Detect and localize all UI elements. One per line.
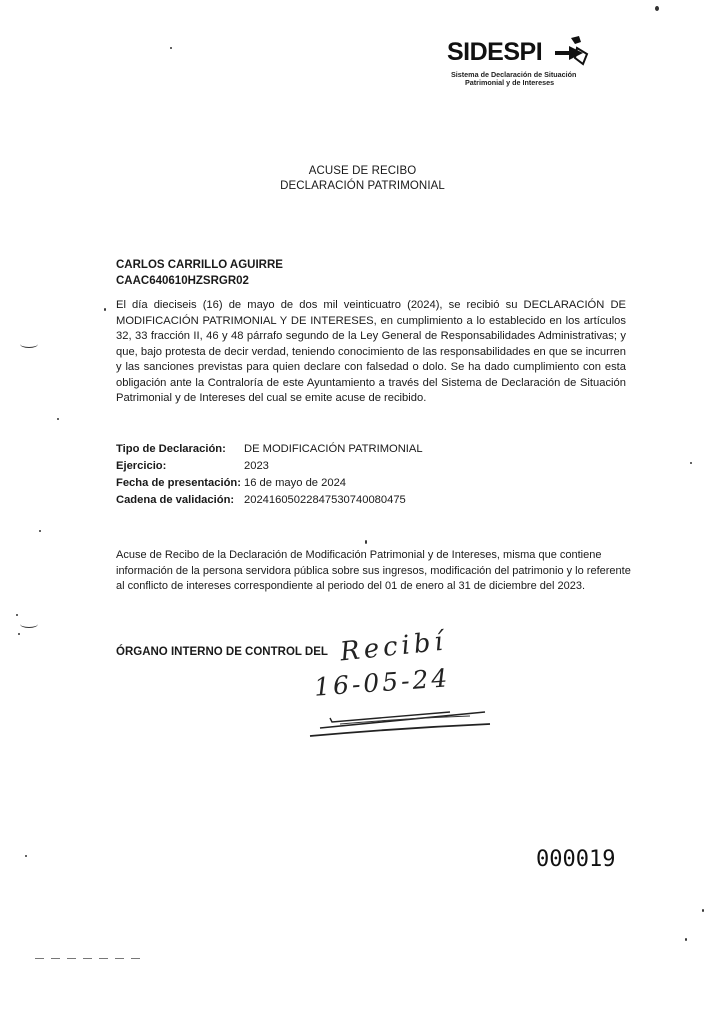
handwritten-received: Recibí (339, 626, 448, 667)
detail-value: 20241605022847530740080475 (244, 492, 406, 509)
detail-label: Tipo de Declaración: (116, 441, 244, 458)
detail-row-type: Tipo de Declaración: DE MODIFICACIÓN PAT… (116, 441, 423, 458)
scan-speck (18, 633, 20, 635)
detail-value: 2023 (244, 458, 269, 475)
detail-value: DE MODIFICACIÓN PATRIMONIAL (244, 441, 423, 458)
detail-value: 16 de mayo de 2024 (244, 475, 346, 492)
folio-number: 000019 (536, 847, 615, 872)
detail-row-exercise: Ejercicio: 2023 (116, 458, 423, 475)
organ-label: ÓRGANO INTERNO DE CONTROL DEL (116, 646, 328, 658)
detail-row-validation: Cadena de validación: 202416050228475307… (116, 492, 423, 509)
detail-label: Cadena de validación: (116, 492, 244, 509)
declarant-rfc: CAAC640610HZSRGR02 (116, 274, 283, 290)
signature-strokes (300, 690, 500, 740)
scan-speck (25, 855, 27, 857)
title-line2: DECLARACIÓN PATRIMONIAL (0, 179, 725, 194)
declarant-block: CARLOS CARRILLO AGUIRRE CAAC640610HZSRGR… (116, 258, 283, 289)
sidespi-logo: SIDESPI Sistema de Declaración de Situac… (447, 38, 597, 90)
scan-speck (39, 530, 41, 532)
logo-subtitle-line2: Patrimonial y de Intereses (465, 79, 554, 87)
scan-speck (685, 938, 687, 941)
scan-speck (16, 614, 18, 616)
title-line1: ACUSE DE RECIBO (0, 164, 725, 179)
scan-speck (170, 47, 172, 49)
body-paragraph: El día dieciseis (16) de mayo de dos mil… (116, 298, 626, 407)
scan-speck (104, 308, 106, 311)
scan-speck (690, 462, 692, 464)
summary-paragraph: Acuse de Recibo de la Declaración de Mod… (116, 548, 636, 595)
scan-speck (365, 540, 367, 544)
detail-row-date: Fecha de presentación: 16 de mayo de 202… (116, 475, 423, 492)
detail-label: Fecha de presentación: (116, 475, 244, 492)
arrow-icon (553, 34, 589, 66)
declaration-details: Tipo de Declaración: DE MODIFICACIÓN PAT… (116, 441, 423, 509)
logo-wordmark: SIDESPI (447, 38, 542, 66)
scan-dash-artifact (35, 958, 145, 959)
detail-label: Ejercicio: (116, 458, 244, 475)
declarant-name: CARLOS CARRILLO AGUIRRE (116, 258, 283, 274)
punch-mark (20, 620, 38, 628)
punch-mark (20, 340, 38, 348)
scan-speck (702, 909, 704, 912)
document-title: ACUSE DE RECIBO DECLARACIÓN PATRIMONIAL (0, 164, 725, 194)
scan-speck (57, 418, 59, 420)
scan-speck (655, 6, 659, 11)
